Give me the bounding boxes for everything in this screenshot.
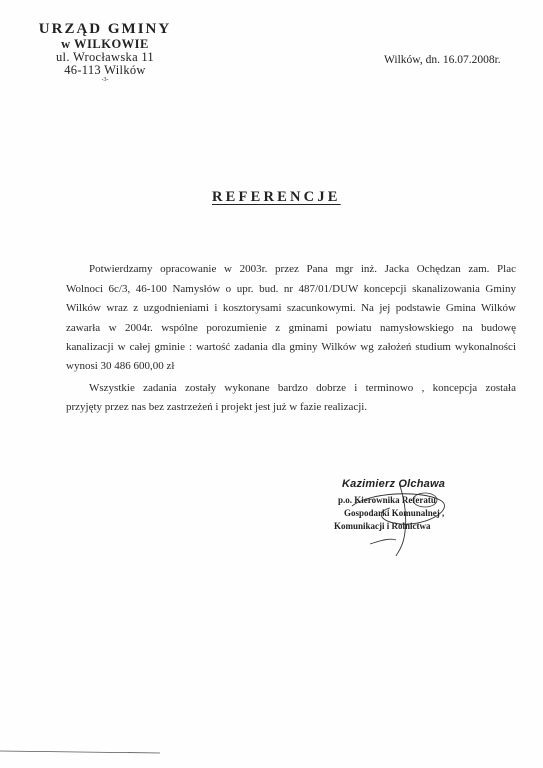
stamp-office-name: URZĄD GMINY (30, 22, 180, 38)
body-line: zawarła w 2004r. wspólne porozumienie z … (66, 322, 516, 334)
body-line: wynosi 30 486 600,00 zł (66, 360, 174, 372)
stamp-office-location: w WILKOWIE (30, 38, 180, 51)
body-line: przyjęty przez nas bez zastrzeżeń i proj… (66, 401, 367, 413)
body-line: Wilków wraz z uzgodnieniami i kosztorysa… (66, 302, 516, 314)
signatory-title-line3: Komunikacji i Rolnictwa (334, 521, 431, 531)
stamp-postal-city: 46-113 Wilków (30, 64, 180, 77)
document-title: REFERENCJE (212, 189, 341, 206)
signatory-title-line1: p.o. Kierownika Referatu (338, 495, 436, 505)
letter-date: Wilków, dn. 16.07.2008r. (384, 54, 501, 66)
body-line: kanalizacji w całej gminie : wartość zad… (66, 341, 516, 353)
body-line: Potwierdzamy opracowanie w 2003r. przez … (66, 263, 516, 275)
scanned-letter-page: URZĄD GMINY w WILKOWIE ul. Wrocławska 11… (0, 0, 543, 768)
scan-artifact-line (0, 750, 160, 754)
stamp-number: -3- (30, 77, 180, 83)
body-line: Wszystkie zadania zostały wykonane bardz… (66, 382, 516, 394)
handwritten-signature-icon (330, 478, 490, 558)
signatory-title-line2: Gospodarki Komunalnej , (344, 508, 444, 518)
signatory-name: Kazimierz Olchawa (342, 478, 445, 490)
body-line: Wolnoci 6c/3, 46-100 Namysłów o upr. bud… (66, 283, 516, 295)
office-stamp: URZĄD GMINY w WILKOWIE ul. Wrocławska 11… (30, 22, 180, 83)
